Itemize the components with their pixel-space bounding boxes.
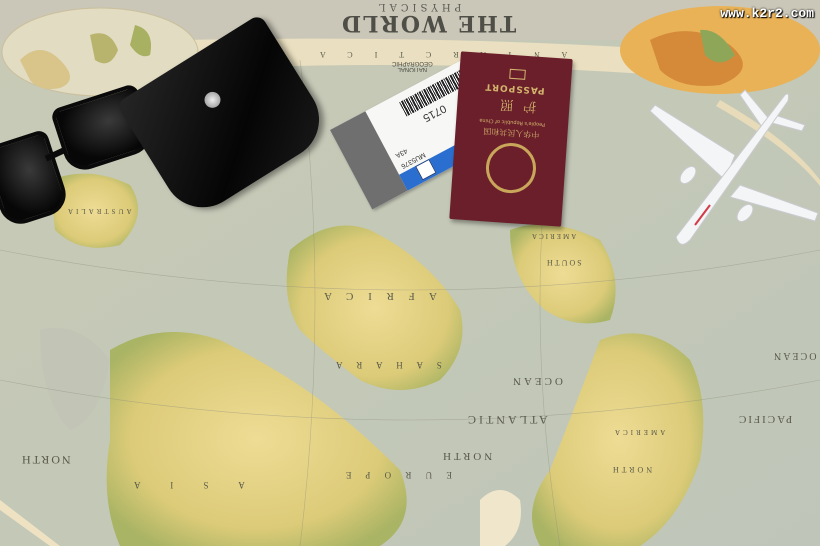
publisher-line-2: GEOGRAPHIC xyxy=(392,60,433,66)
national-emblem-icon xyxy=(484,141,537,194)
map-label-america-north: AMERICA xyxy=(612,428,665,436)
biometric-chip-icon xyxy=(509,69,526,80)
watermark-text: www.k2r2.com xyxy=(720,6,814,21)
map-label-africa: A F R I C A xyxy=(318,290,437,302)
map-label-europe: E U R O P E xyxy=(340,470,452,480)
map-label-pacific: PACIFIC xyxy=(737,413,792,425)
world-map-background xyxy=(0,0,820,546)
map-label-america-south: AMERICA xyxy=(530,232,576,240)
airplane-model xyxy=(650,85,820,250)
travel-flatlay-photo: PHYSICAL THE WORLD NATIONAL GEOGRAPHIC A… xyxy=(0,0,820,546)
map-label-atlantic: ATLANTIC xyxy=(465,412,548,427)
map-label-north-atlantic: NORTH xyxy=(440,450,492,462)
map-label-north-pacific: NORTH xyxy=(20,452,71,467)
map-label-north-america: NORTH xyxy=(610,465,652,474)
map-label-sahara: S A H A R A xyxy=(330,360,442,370)
publisher-logo: NATIONAL GEOGRAPHIC xyxy=(392,60,433,72)
map-label-ocean-right: OCEAN xyxy=(772,350,816,361)
publisher-line-1: NATIONAL xyxy=(392,66,433,72)
passport: PASSPORT 护照 People's Republic of China 中… xyxy=(449,51,572,226)
map-label-south: SOUTH xyxy=(545,258,582,267)
map-label-ocean: OCEAN xyxy=(510,375,563,387)
map-title: THE WORLD xyxy=(340,10,516,36)
map-label-asia: A S I A xyxy=(120,480,245,490)
class-code: 43A xyxy=(394,147,408,159)
